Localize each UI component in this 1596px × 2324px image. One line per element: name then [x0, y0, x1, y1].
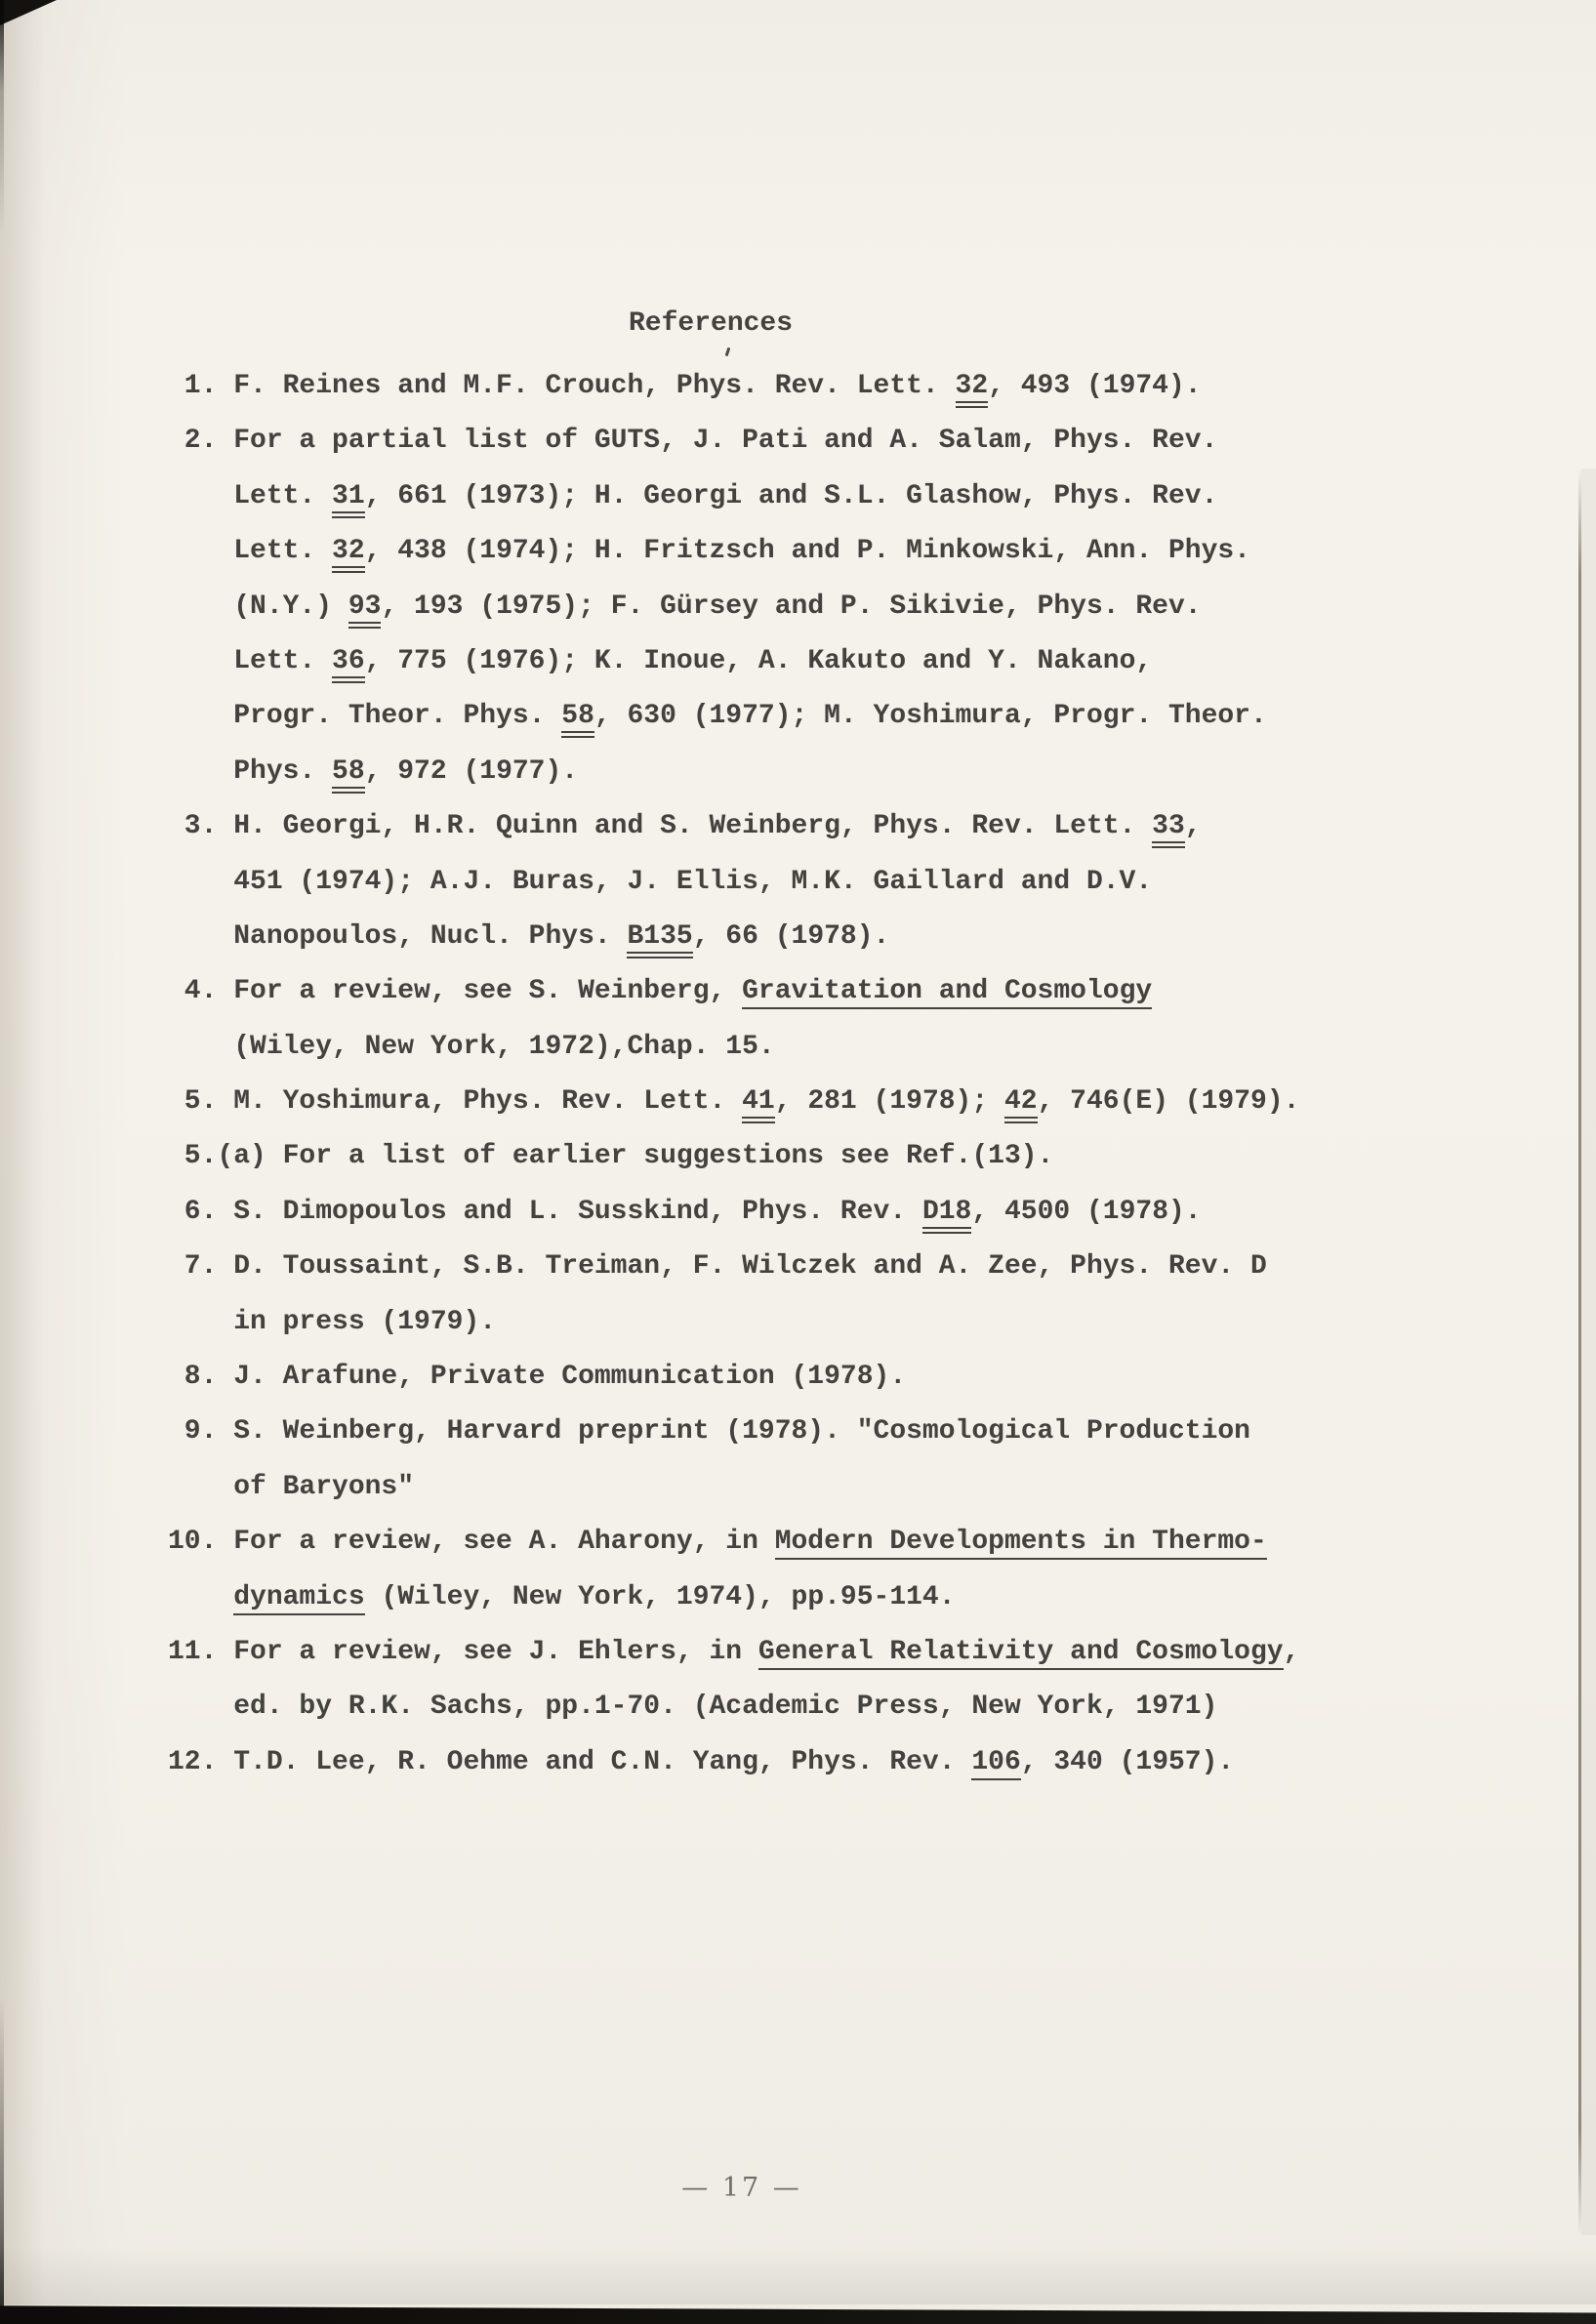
underlined-text: B135 [627, 921, 692, 958]
reference-line: (N.Y.) 93, 193 (1975); F. Gürsey and P. … [168, 580, 1535, 634]
reference-text: , 746(E) (1979). [1038, 1086, 1300, 1117]
reference-line: 11. For a review, see J. Ehlers, in Gene… [168, 1625, 1535, 1680]
page-number: — 17 — [625, 2173, 859, 2203]
underlined-text: Gravitation and Cosmology [742, 976, 1152, 1009]
reference-line: 2. For a partial list of GUTS, J. Pati a… [168, 414, 1535, 469]
reference-text: 8. J. Arafune, Private Communication (19… [168, 1362, 906, 1392]
reference-text: 10. For a review, see A. Aharony, in [168, 1527, 775, 1557]
reference-text: , 66 (1978). [693, 921, 890, 952]
reference-text: Lett. [168, 536, 332, 566]
reference-text [168, 1582, 233, 1612]
reference-text: 1. F. Reines and M.F. Crouch, Phys. Rev.… [168, 371, 956, 401]
reference-line: 5.(a) For a list of earlier suggestions … [168, 1129, 1535, 1184]
reference-text: 6. S. Dimopoulos and L. Susskind, Phys. … [168, 1197, 922, 1227]
reference-text: 451 (1974); A.J. Buras, J. Ellis, M.K. G… [168, 867, 1152, 897]
reference-text: ed. by R.K. Sachs, pp.1-70. (Academic Pr… [168, 1692, 1217, 1722]
reference-line: ed. by R.K. Sachs, pp.1-70. (Academic Pr… [168, 1680, 1535, 1734]
reference-line: (Wiley, New York, 1972),Chap. 15. [168, 1020, 1535, 1075]
reference-text: , 193 (1975); F. Gürsey and P. Sikivie, … [381, 591, 1201, 622]
reference-text: (N.Y.) [168, 591, 348, 622]
underlined-text: 32 [332, 536, 365, 573]
reference-text: , 972 (1977). [365, 756, 578, 787]
page-edge-shadow [1581, 469, 1596, 2235]
underlined-text: D18 [922, 1197, 971, 1234]
reference-line: 1. F. Reines and M.F. Crouch, Phys. Rev.… [168, 359, 1535, 414]
reference-text: Phys. [168, 756, 332, 787]
reference-line: Lett. 36, 775 (1976); K. Inoue, A. Kakut… [168, 634, 1535, 689]
reference-line: in press (1979). [168, 1295, 1535, 1350]
reference-text: , 775 (1976); K. Inoue, A. Kakuto and Y.… [365, 646, 1153, 676]
reference-text: 11. For a review, see J. Ehlers, in [168, 1637, 758, 1667]
reference-text: 5. M. Yoshimura, Phys. Rev. Lett. [168, 1086, 742, 1117]
reference-text: Lett. [168, 481, 332, 511]
underlined-text: 106 [971, 1747, 1020, 1780]
reference-line: 5. M. Yoshimura, Phys. Rev. Lett. 41, 28… [168, 1075, 1535, 1129]
underlined-text: Modern Developments in Thermo- [775, 1527, 1267, 1560]
reference-line: 4. For a review, see S. Weinberg, Gravit… [168, 964, 1535, 1019]
scan-left-edge-artifact [0, 0, 4, 2324]
reference-line: 7. D. Toussaint, S.B. Treiman, F. Wilcze… [168, 1240, 1535, 1294]
reference-line: dynamics (Wiley, New York, 1974), pp.95-… [168, 1570, 1535, 1625]
reference-text: Progr. Theor. Phys. [168, 701, 561, 731]
reference-text: , 340 (1957). [1021, 1747, 1234, 1777]
reference-text: 3. H. Georgi, H.R. Quinn and S. Weinberg… [168, 811, 1152, 841]
underlined-text: dynamics [233, 1582, 364, 1615]
underlined-text: 31 [332, 481, 365, 518]
underlined-text: 58 [561, 701, 594, 738]
reference-line: Lett. 32, 438 (1974); H. Fritzsch and P.… [168, 524, 1535, 579]
reference-text: Nanopoulos, Nucl. Phys. [168, 921, 627, 952]
reference-text: in press (1979). [168, 1307, 496, 1337]
reference-line: of Baryons" [168, 1460, 1535, 1515]
underlined-text: 33 [1152, 811, 1185, 848]
reference-text: , 630 (1977); M. Yoshimura, Progr. Theor… [594, 701, 1267, 731]
reference-line: 6. S. Dimopoulos and L. Susskind, Phys. … [168, 1185, 1535, 1240]
underlined-text: 36 [332, 646, 365, 683]
reference-text: , 438 (1974); H. Fritzsch and P. Minkows… [365, 536, 1250, 566]
reference-text: 4. For a review, see S. Weinberg, [168, 976, 742, 1006]
reference-text: Lett. [168, 646, 332, 676]
ink-speck [725, 347, 731, 356]
reference-text: 2. For a partial list of GUTS, J. Pati a… [168, 426, 1217, 456]
page-edge-line [1578, 469, 1581, 2235]
reference-text: , [1185, 811, 1202, 841]
reference-text: , 493 (1974). [988, 371, 1201, 401]
reference-line: 9. S. Weinberg, Harvard preprint (1978).… [168, 1405, 1535, 1459]
scan-bottom-shadow [0, 2246, 1596, 2304]
reference-line: Lett. 31, 661 (1973); H. Georgi and S.L.… [168, 469, 1535, 524]
reference-line: 8. J. Arafune, Private Communication (19… [168, 1350, 1535, 1405]
reference-text: 7. D. Toussaint, S.B. Treiman, F. Wilcze… [168, 1251, 1267, 1282]
underlined-text: 93 [348, 591, 382, 629]
reference-text: 5.(a) For a list of earlier suggestions … [168, 1141, 1053, 1171]
reference-line: 3. H. Georgi, H.R. Quinn and S. Weinberg… [168, 799, 1535, 854]
reference-text: , 281 (1978); [775, 1086, 1004, 1117]
references-heading: References [629, 308, 793, 339]
reference-text: 12. T.D. Lee, R. Oehme and C.N. Yang, Ph… [168, 1747, 971, 1777]
underlined-text: 58 [332, 756, 365, 794]
reference-text: (Wiley, New York, 1972),Chap. 15. [168, 1032, 775, 1062]
underlined-text: 42 [1004, 1086, 1038, 1123]
reference-line: 10. For a review, see A. Aharony, in Mod… [168, 1515, 1535, 1570]
reference-text: , 661 (1973); H. Georgi and S.L. Glashow… [365, 481, 1218, 511]
reference-line: 12. T.D. Lee, R. Oehme and C.N. Yang, Ph… [168, 1735, 1535, 1790]
underlined-text: 32 [956, 371, 989, 408]
reference-line: 451 (1974); A.J. Buras, J. Ellis, M.K. G… [168, 855, 1535, 910]
scan-corner-artifact [0, 0, 57, 25]
reference-line: Progr. Theor. Phys. 58, 630 (1977); M. Y… [168, 689, 1535, 744]
reference-line: Phys. 58, 972 (1977). [168, 745, 1535, 799]
reference-text: of Baryons" [168, 1472, 414, 1502]
reference-line: Nanopoulos, Nucl. Phys. B135, 66 (1978). [168, 910, 1535, 964]
references-list: 1. F. Reines and M.F. Crouch, Phys. Rev.… [168, 359, 1535, 1790]
underlined-text: 41 [742, 1086, 775, 1123]
reference-text: , [1284, 1637, 1300, 1667]
reference-text: (Wiley, New York, 1974), pp.95-114. [365, 1582, 956, 1612]
reference-text: 9. S. Weinberg, Harvard preprint (1978).… [168, 1416, 1250, 1447]
underlined-text: General Relativity and Cosmology [758, 1637, 1284, 1670]
reference-text: , 4500 (1978). [971, 1197, 1201, 1227]
scanned-paper-page: References 1. F. Reines and M.F. Crouch,… [0, 0, 1596, 2324]
